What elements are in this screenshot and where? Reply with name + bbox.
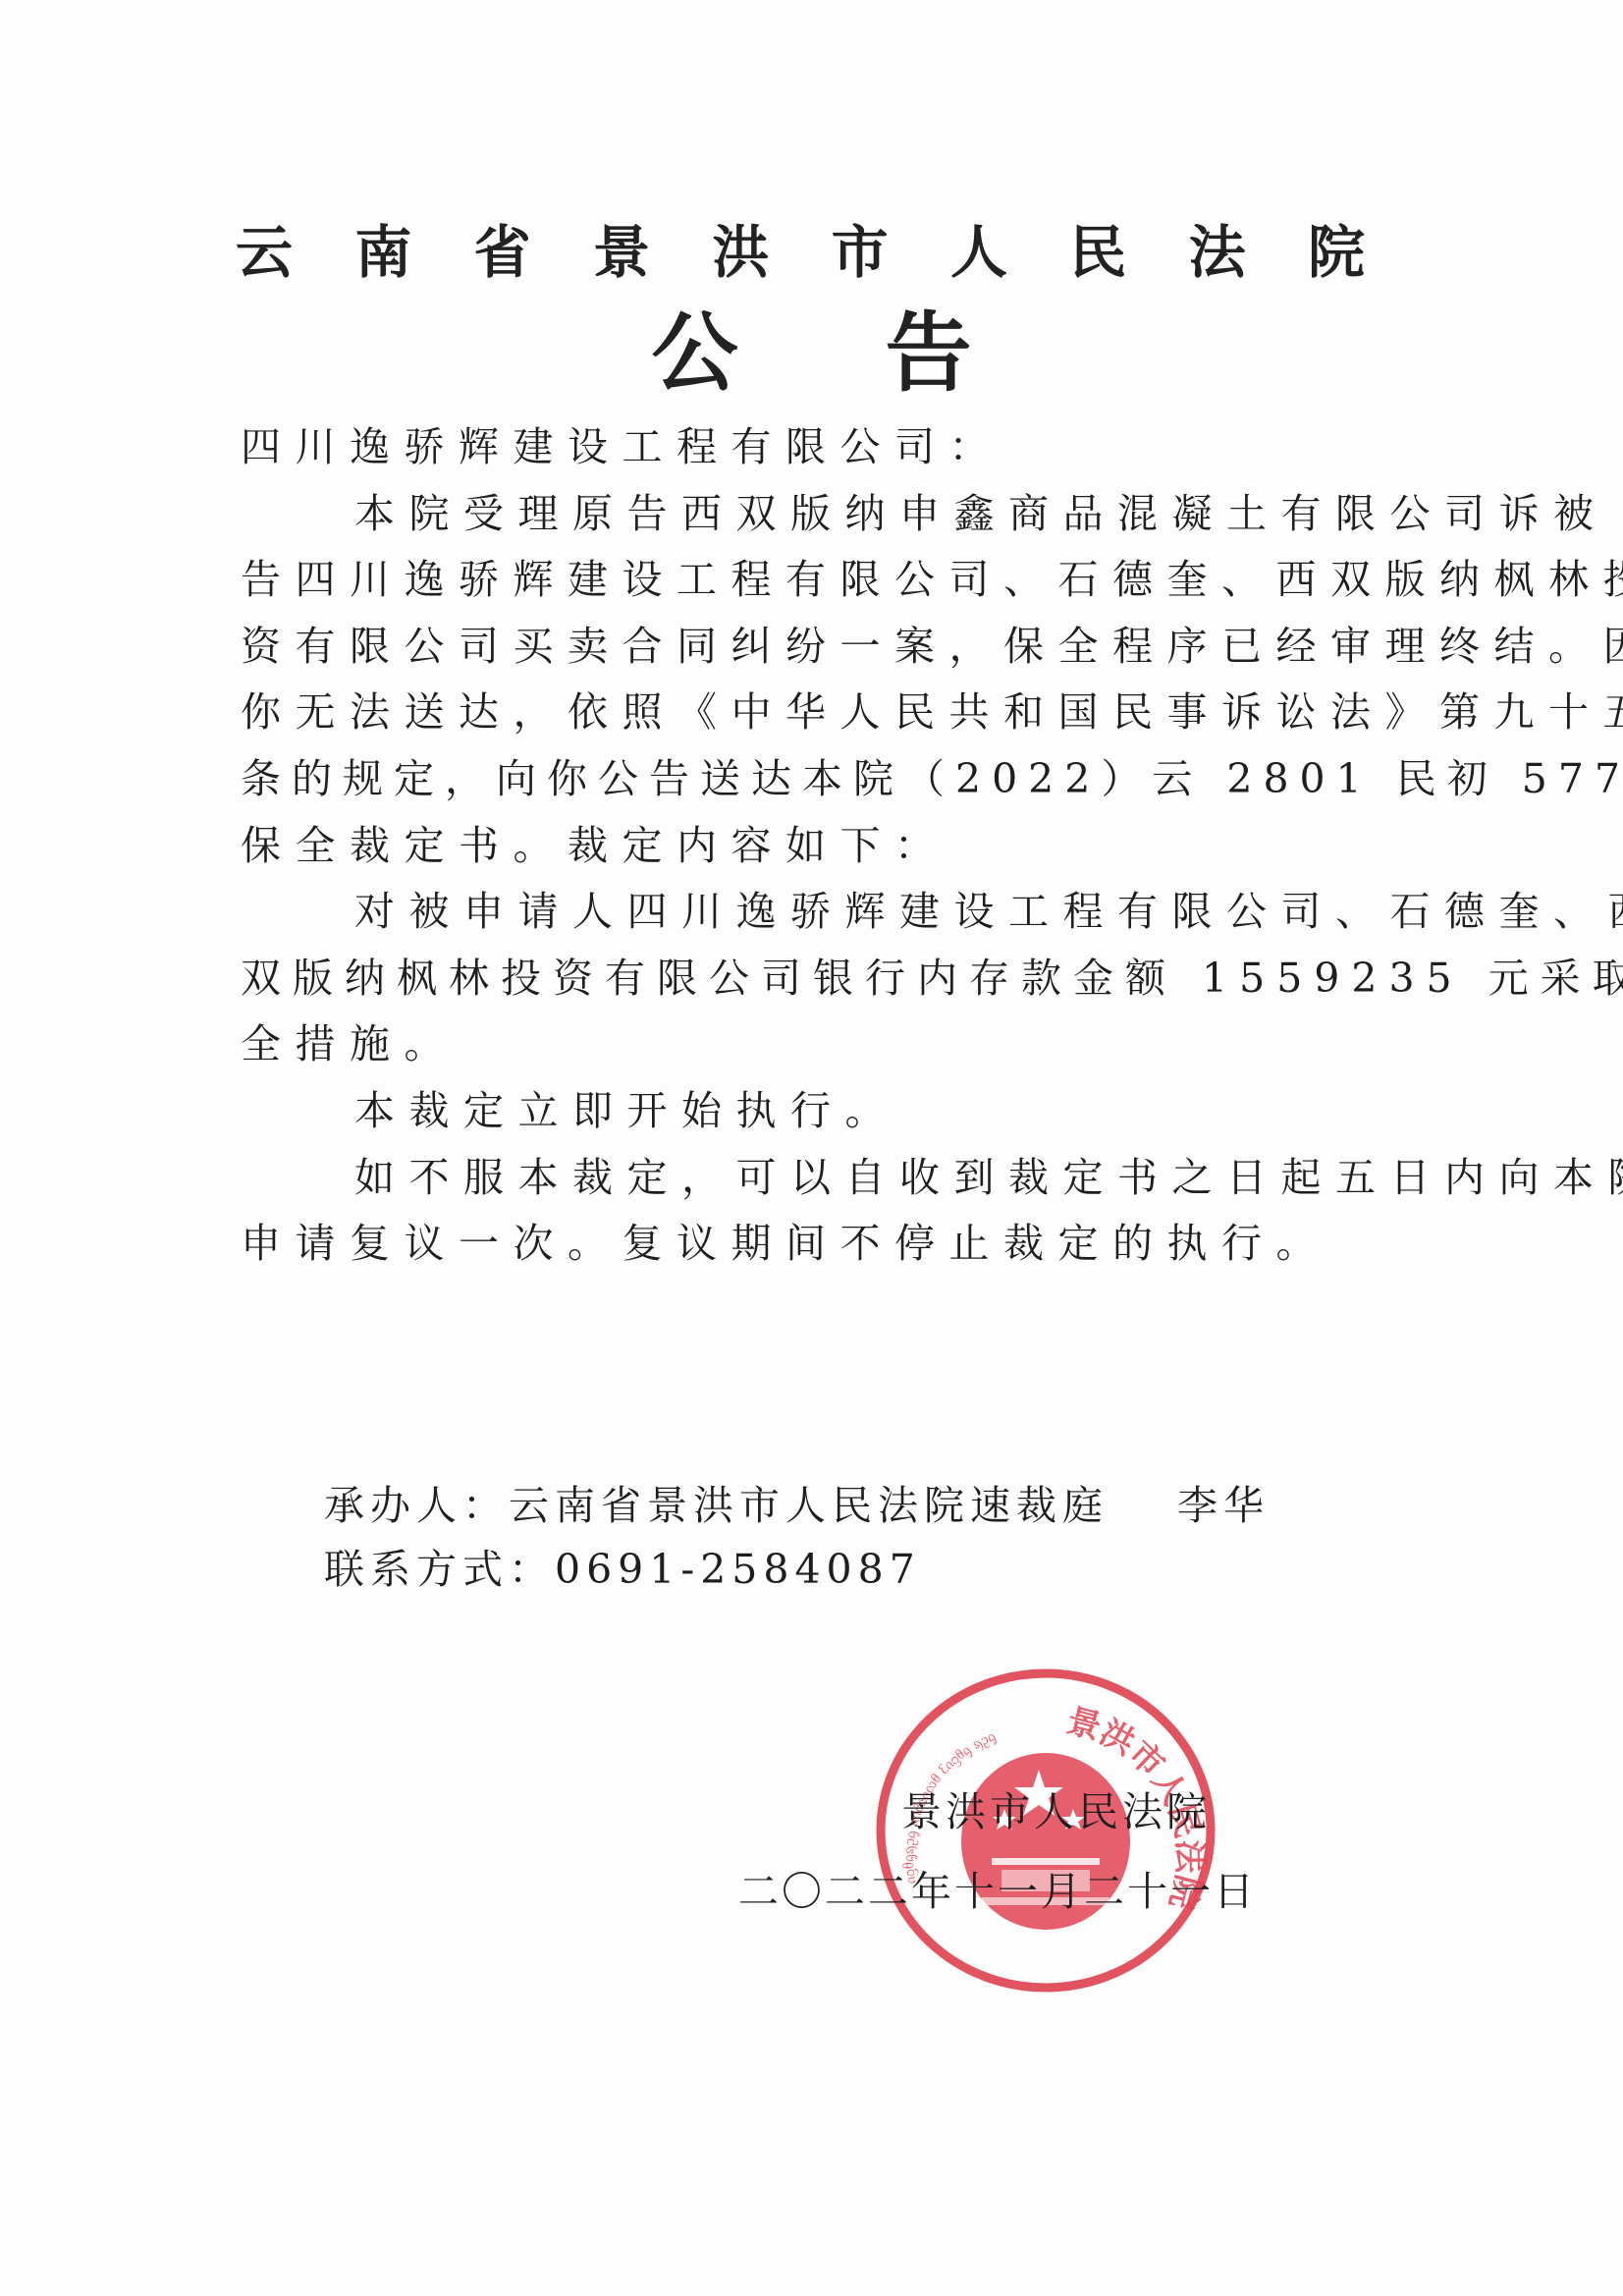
body-line: 全措施。 (241, 1011, 1380, 1078)
body-line: 对被申请人四川逸骄辉建设工程有限公司、石德奎、西 (241, 879, 1380, 946)
handler-name: 李华 (1177, 1482, 1270, 1529)
body-line: 本裁定立即开始执行。 (241, 1078, 1380, 1145)
body-line: 资有限公司买卖合同纠纷一案，保全程序已经审理终结。因 (241, 614, 1380, 681)
court-name-char: 院 (1308, 206, 1365, 289)
document-page: 云 南 省 景 洪 市 人 民 法 院 公告 四川逸骄辉建设工程有限公司： 本院… (0, 0, 1623, 2296)
body-line: 条的规定，向你公告送达本院（2022）云 2801 民初 5770 号 (241, 746, 1380, 813)
signature-date: 二〇二二年十一月二十一日 (738, 1859, 1257, 1917)
court-name-char: 南 (354, 206, 411, 289)
body-line: 你无法送达，依照《中华人民共和国民事诉讼法》第九十五 (241, 680, 1380, 746)
body-line: 告四川逸骄辉建设工程有限公司、石德奎、西双版纳枫林投 (241, 547, 1380, 614)
body-line: 双版纳枫林投资有限公司银行内存款金额 1559235 元采取保 (241, 946, 1380, 1012)
notice-title: 公告 (0, 300, 1623, 408)
court-name-char: 法 (1189, 206, 1246, 289)
court-name-heading: 云 南 省 景 洪 市 人 民 法 院 (236, 208, 1365, 287)
handler-label: 承办人： (324, 1482, 509, 1529)
court-name-char: 省 (474, 206, 531, 289)
body-line: 如不服本裁定，可以自收到裁定书之日起五日内向本院 (241, 1145, 1380, 1212)
court-name-char: 人 (950, 206, 1007, 289)
court-name-char: 洪 (712, 206, 769, 289)
court-name-char: 市 (832, 206, 889, 289)
body-line: 四川逸骄辉建设工程有限公司： (241, 414, 1380, 481)
body-line: 本院受理原告西双版纳申鑫商品混凝土有限公司诉被 (241, 481, 1380, 548)
court-name-char: 民 (1069, 206, 1126, 289)
court-name-char: 云 (236, 206, 293, 289)
signature-court-name: 景洪市人民法院 (901, 1779, 1211, 1837)
body-line: 保全裁定书。裁定内容如下： (241, 813, 1380, 880)
phone-label: 联系方式： (324, 1546, 555, 1593)
handler-dept: 云南省景洪市人民法院速裁庭 (509, 1482, 1109, 1529)
notice-body: 四川逸骄辉建设工程有限公司： 本院受理原告西双版纳申鑫商品混凝土有限公司诉被 告… (241, 414, 1380, 1278)
contact-line: 联系方式：0691-2584087 (324, 1537, 921, 1595)
court-name-char: 景 (593, 206, 650, 289)
handler-line: 承办人：云南省景洪市人民法院速裁庭李华 (324, 1473, 1270, 1531)
body-line: 申请复议一次。复议期间不停止裁定的执行。 (241, 1211, 1380, 1278)
phone-number: 0691-2584087 (555, 1546, 921, 1593)
